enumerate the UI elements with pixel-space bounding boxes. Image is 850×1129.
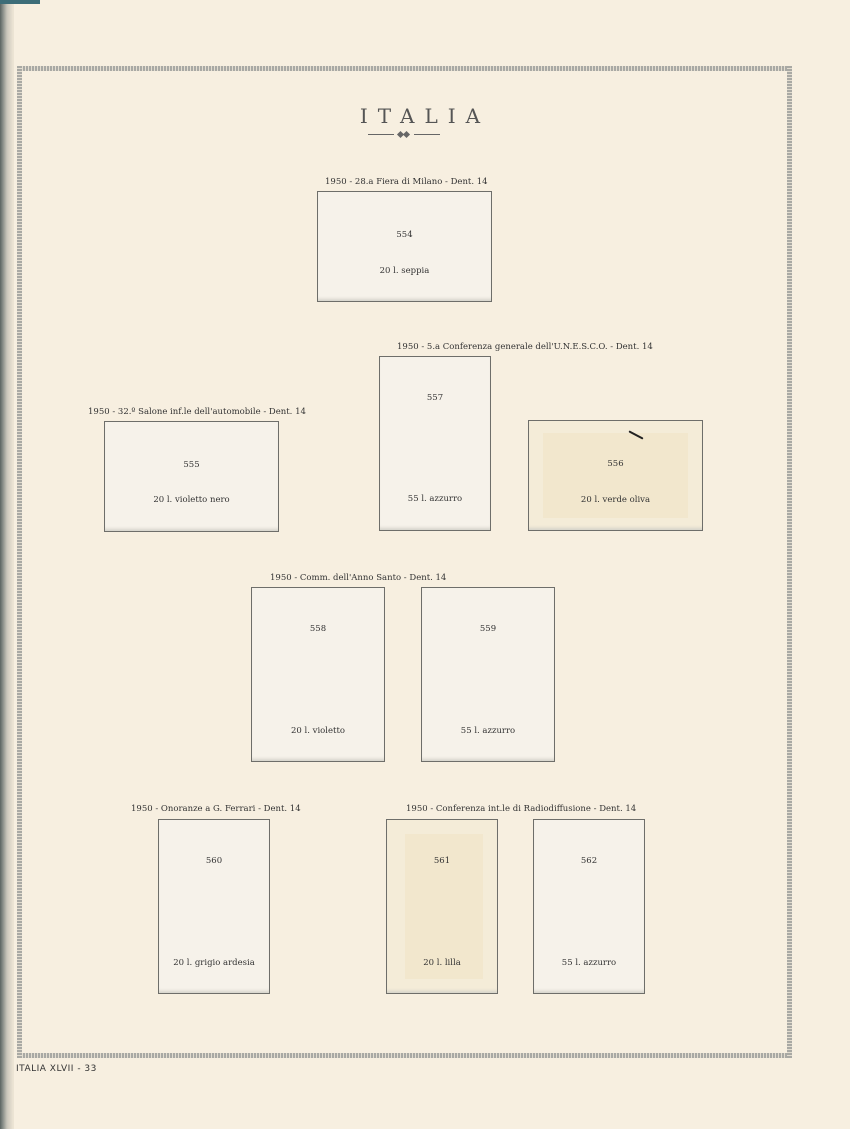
stamp-description: 55 l. azzurro bbox=[534, 958, 644, 968]
stamp-slot-562[interactable]: 562 55 l. azzurro bbox=[533, 819, 645, 994]
stamp-description: 20 l. verde oliva bbox=[529, 495, 702, 505]
stamp-number: 559 bbox=[422, 624, 554, 634]
frame-right-border bbox=[787, 66, 792, 1058]
stamp-slot-559[interactable]: 559 55 l. azzurro bbox=[421, 587, 555, 762]
album-binding-edge bbox=[0, 0, 14, 1129]
stamp-description: 20 l. grigio ardesia bbox=[159, 958, 269, 968]
stamp-slot-556[interactable]: 556 20 l. verde oliva bbox=[528, 420, 703, 531]
stamp-description: 55 l. azzurro bbox=[380, 494, 490, 504]
stamp-description: 20 l. lilla bbox=[387, 958, 497, 968]
stamp-slot-555[interactable]: 555 20 l. violetto nero bbox=[104, 421, 279, 532]
set-caption-ferrari: 1950 - Onoranze a G. Ferrari - Dent. 14 bbox=[131, 804, 301, 814]
stamp-description: 20 l. violetto nero bbox=[105, 495, 278, 505]
binding-corner bbox=[0, 0, 40, 4]
stamp-number: 558 bbox=[252, 624, 384, 634]
page-title: ITALIA bbox=[0, 104, 850, 128]
stamp-image-trace bbox=[543, 433, 688, 518]
stamp-number: 555 bbox=[105, 460, 278, 470]
stamp-number: 561 bbox=[387, 856, 497, 866]
page-footer: ITALIA XLVII - 33 bbox=[16, 1064, 97, 1074]
set-caption-anno-santo: 1950 - Comm. dell'Anno Santo - Dent. 14 bbox=[270, 573, 446, 583]
stamp-slot-557[interactable]: 557 55 l. azzurro bbox=[379, 356, 491, 531]
set-caption-salone-automobile: 1950 - 32.º Salone inf.le dell'automobil… bbox=[88, 407, 306, 417]
set-caption-unesco: 1950 - 5.a Conferenza generale dell'U.N.… bbox=[397, 342, 653, 352]
stamp-slot-560[interactable]: 560 20 l. grigio ardesia bbox=[158, 819, 270, 994]
stamp-number: 560 bbox=[159, 856, 269, 866]
stamp-slot-558[interactable]: 558 20 l. violetto bbox=[251, 587, 385, 762]
frame-left-border bbox=[17, 66, 22, 1058]
frame-bottom-border bbox=[17, 1053, 792, 1058]
stamp-number: 557 bbox=[380, 393, 490, 403]
stamp-description: 55 l. azzurro bbox=[422, 726, 554, 736]
stamp-number: 554 bbox=[318, 230, 491, 240]
set-caption-fiera-milano: 1950 - 28.a Fiera di Milano - Dent. 14 bbox=[325, 177, 488, 187]
stamp-number: 556 bbox=[529, 459, 702, 469]
title-ornament-icon bbox=[368, 132, 440, 138]
stamp-slot-554[interactable]: 554 20 l. seppia bbox=[317, 191, 492, 302]
stamp-slot-561[interactable]: 561 20 l. lilla bbox=[386, 819, 498, 994]
set-caption-radiodiffusione: 1950 - Conferenza int.le di Radiodiffusi… bbox=[406, 804, 636, 814]
stamp-description: 20 l. seppia bbox=[318, 266, 491, 276]
stamp-description: 20 l. violetto bbox=[252, 726, 384, 736]
stamp-number: 562 bbox=[534, 856, 644, 866]
frame-top-border bbox=[17, 66, 792, 71]
